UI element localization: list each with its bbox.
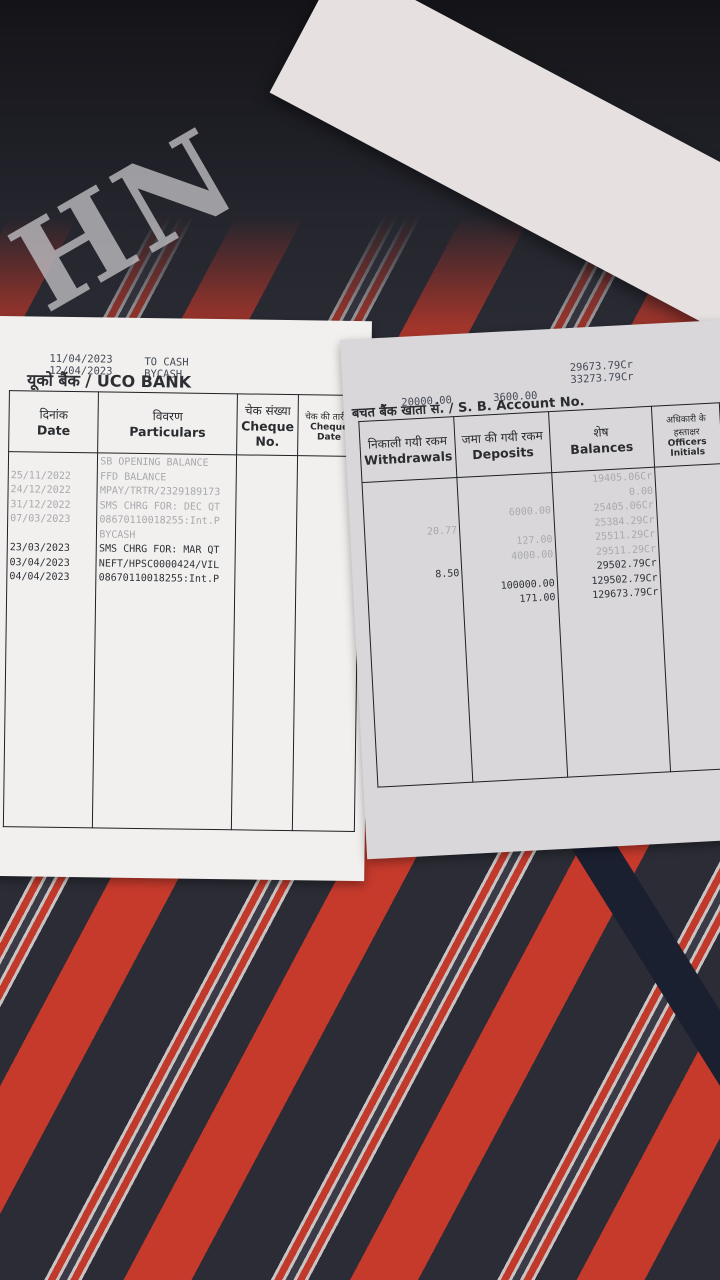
col-officers-header: अधिकारी के हस्ताक्षर Officers Initials xyxy=(651,403,720,467)
col-particulars-hi: विवरण xyxy=(101,406,235,425)
date-entry: 03/04/2023 xyxy=(9,556,93,572)
col-balances-header: शेष Balances xyxy=(548,406,654,472)
col-date-hi: दिनांक xyxy=(12,405,97,423)
particulars-entry: SB OPENING BALANCE xyxy=(100,455,234,471)
deposit-entries: 6000.00 127.004000.00 100000.00171.00 xyxy=(459,475,555,610)
stamp-date-1: 11/04/2023 xyxy=(49,353,112,366)
balances-column: 19405.06Cr0.0025405.06Cr25384.29Cr25511.… xyxy=(551,467,670,777)
body-row: 25/11/202224/12/202231/12/202207/03/2023… xyxy=(3,452,359,832)
stamp-particular-1: TO CASH xyxy=(144,356,188,369)
col-cheque-no-en: Cheque No. xyxy=(239,418,296,449)
header-row: दिनांक Date विवरण Particulars चेक संख्या… xyxy=(9,391,361,457)
date-entry: 23/03/2023 xyxy=(10,541,94,557)
col-officers-en: Officers Initials xyxy=(655,436,719,459)
date-entries: 25/11/202224/12/202231/12/202207/03/2023… xyxy=(9,454,95,586)
date-entry: 24/12/2022 xyxy=(10,483,94,499)
bank-name: यूको बैंक / UCO BANK xyxy=(27,368,191,392)
left-ledger-table: दिनांक Date विवरण Particulars चेक संख्या… xyxy=(3,390,361,832)
particulars-column: SB OPENING BALANCEFFD BALANCEMPAY/TRTR/2… xyxy=(93,453,237,830)
withdrawals-column: 20.77 8.50 xyxy=(362,478,473,788)
col-date-en: Date xyxy=(11,422,95,438)
col-deposits-header: जमा की गयी रकम Deposits xyxy=(454,412,552,478)
particulars-entry: SMS CHRG FOR: MAR QT xyxy=(99,542,233,558)
col-particulars-header: विवरण Particulars xyxy=(98,392,237,455)
col-officers-hi: अधिकारी के हस्ताक्षर xyxy=(654,410,719,439)
deposits-column: 6000.00 127.004000.00 100000.00171.00 xyxy=(457,473,568,783)
date-entry xyxy=(10,527,94,543)
right-ledger-table: निकाली गयी रकम Withdrawals जमा की गयी रक… xyxy=(358,402,720,787)
particulars-entry: MPAY/TRTR/2329189173 xyxy=(100,484,234,500)
passbook-left-page: 11/04/2023 12/04/2023 TO CASH BYCASH यूक… xyxy=(0,316,372,881)
col-deposits-en: Deposits xyxy=(458,443,548,463)
col-particulars-en: Particulars xyxy=(101,423,235,440)
stamp-balance-2: 33273.79Cr xyxy=(570,371,634,386)
col-date-header: दिनांक Date xyxy=(9,391,99,453)
date-entry: 07/03/2023 xyxy=(10,512,94,528)
particulars-entry: 08670110018255:Int.P xyxy=(99,571,233,587)
date-entry: 31/12/2022 xyxy=(10,498,94,514)
passbook-right-page: 20000.00 3600.00 29673.79Cr 33273.79Cr ब… xyxy=(340,320,720,859)
cheque-no-column xyxy=(231,455,298,831)
date-entry: 25/11/2022 xyxy=(11,469,95,485)
balance-entries: 19405.06Cr0.0025405.06Cr25384.29Cr25511.… xyxy=(554,470,659,605)
date-entry: 04/04/2023 xyxy=(9,570,93,586)
body-row: 20.77 8.50 6000.00 127.004000.00 100000.… xyxy=(362,464,720,787)
particulars-entries: SB OPENING BALANCEFFD BALANCEMPAY/TRTR/2… xyxy=(99,455,234,587)
particulars-entry: 08670110018255:Int.P xyxy=(99,513,233,529)
date-entry xyxy=(11,454,95,470)
withdrawal-entries: 20.77 8.50 xyxy=(365,480,462,615)
col-cheque-no-header: चेक संख्या Cheque No. xyxy=(236,394,298,456)
col-cheque-no-hi: चेक संख्या xyxy=(239,401,296,419)
col-withdrawals-header: निकाली गयी रकम Withdrawals xyxy=(359,417,457,483)
date-column: 25/11/202224/12/202231/12/202207/03/2023… xyxy=(3,452,98,828)
top-stamp-balances: 29673.79Cr 33273.79Cr xyxy=(569,359,633,386)
